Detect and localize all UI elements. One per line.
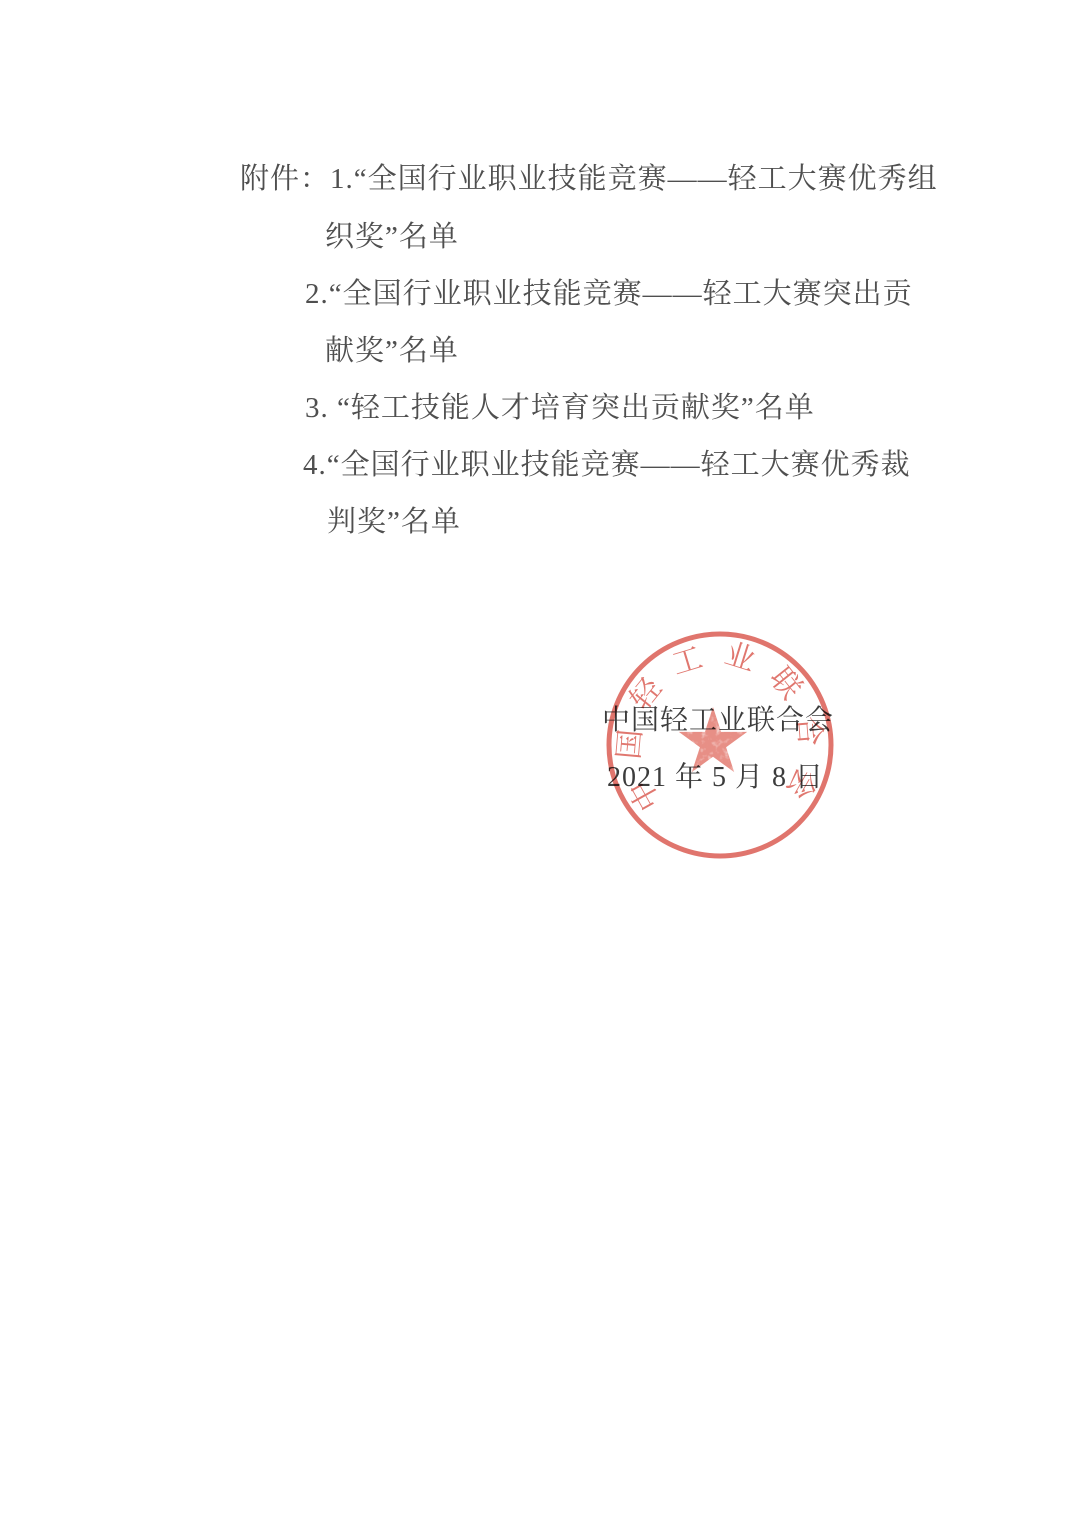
scanned-document-page: 附件：1.“全国行业职业技能竞赛——轻工大赛优秀组 织奖”名单 2.“全国行业职… [0,0,1080,1526]
attachment-line-4: 献奖”名单 [325,333,459,369]
official-seal-stamp: 中国轻工业联合会 [580,605,860,885]
issuer-organization: 中国轻工业联合会 [602,698,834,738]
issue-date: 2021 年 5 月 8 日 [607,755,824,795]
attachment-line-3: 2.“全国行业职业技能竞赛——轻工大赛突出贡 [305,276,913,312]
attachment-line-1: 附件：1.“全国行业职业技能竞赛——轻工大赛优秀组 [240,161,938,197]
attachment-line-5: 3. “轻工技能人才培育突出贡献奖”名单 [305,390,815,426]
seal-ring-circle [609,634,831,856]
attachment-line-7: 判奖”名单 [327,504,461,540]
attachment-line-6: 4.“全国行业职业技能竞赛——轻工大赛优秀裁 [303,447,911,483]
attachment-line-2: 织奖”名单 [325,219,459,255]
